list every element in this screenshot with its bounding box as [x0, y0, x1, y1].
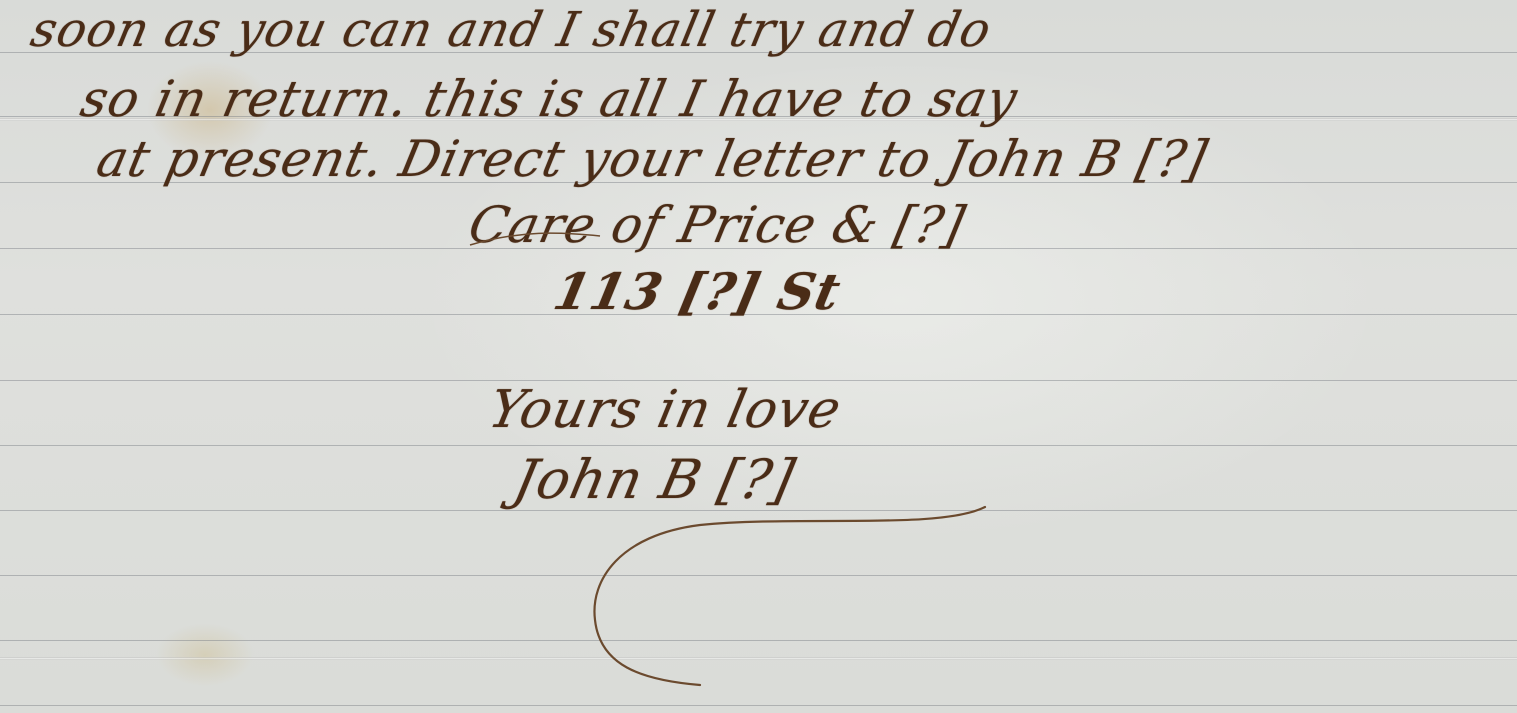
address-line-street: 113 [?] St: [549, 262, 847, 321]
address-line-care-of: Care of Price & [?]: [464, 196, 971, 254]
letter-line-1: soon as you can and I shall try and do: [26, 2, 996, 58]
letter-line-3: at present. Direct your letter to John B…: [92, 130, 1213, 188]
letter-line-2: so in return. this is all I have to say: [76, 70, 1023, 128]
ruled-line: [0, 575, 1517, 576]
paper-fold-crease: [0, 657, 1517, 660]
ruled-line: [0, 705, 1517, 706]
letter-signature: John B [?]: [508, 448, 800, 511]
letter-closing: Yours in love: [484, 380, 847, 440]
ruled-line: [0, 640, 1517, 641]
ruled-line: [0, 445, 1517, 446]
